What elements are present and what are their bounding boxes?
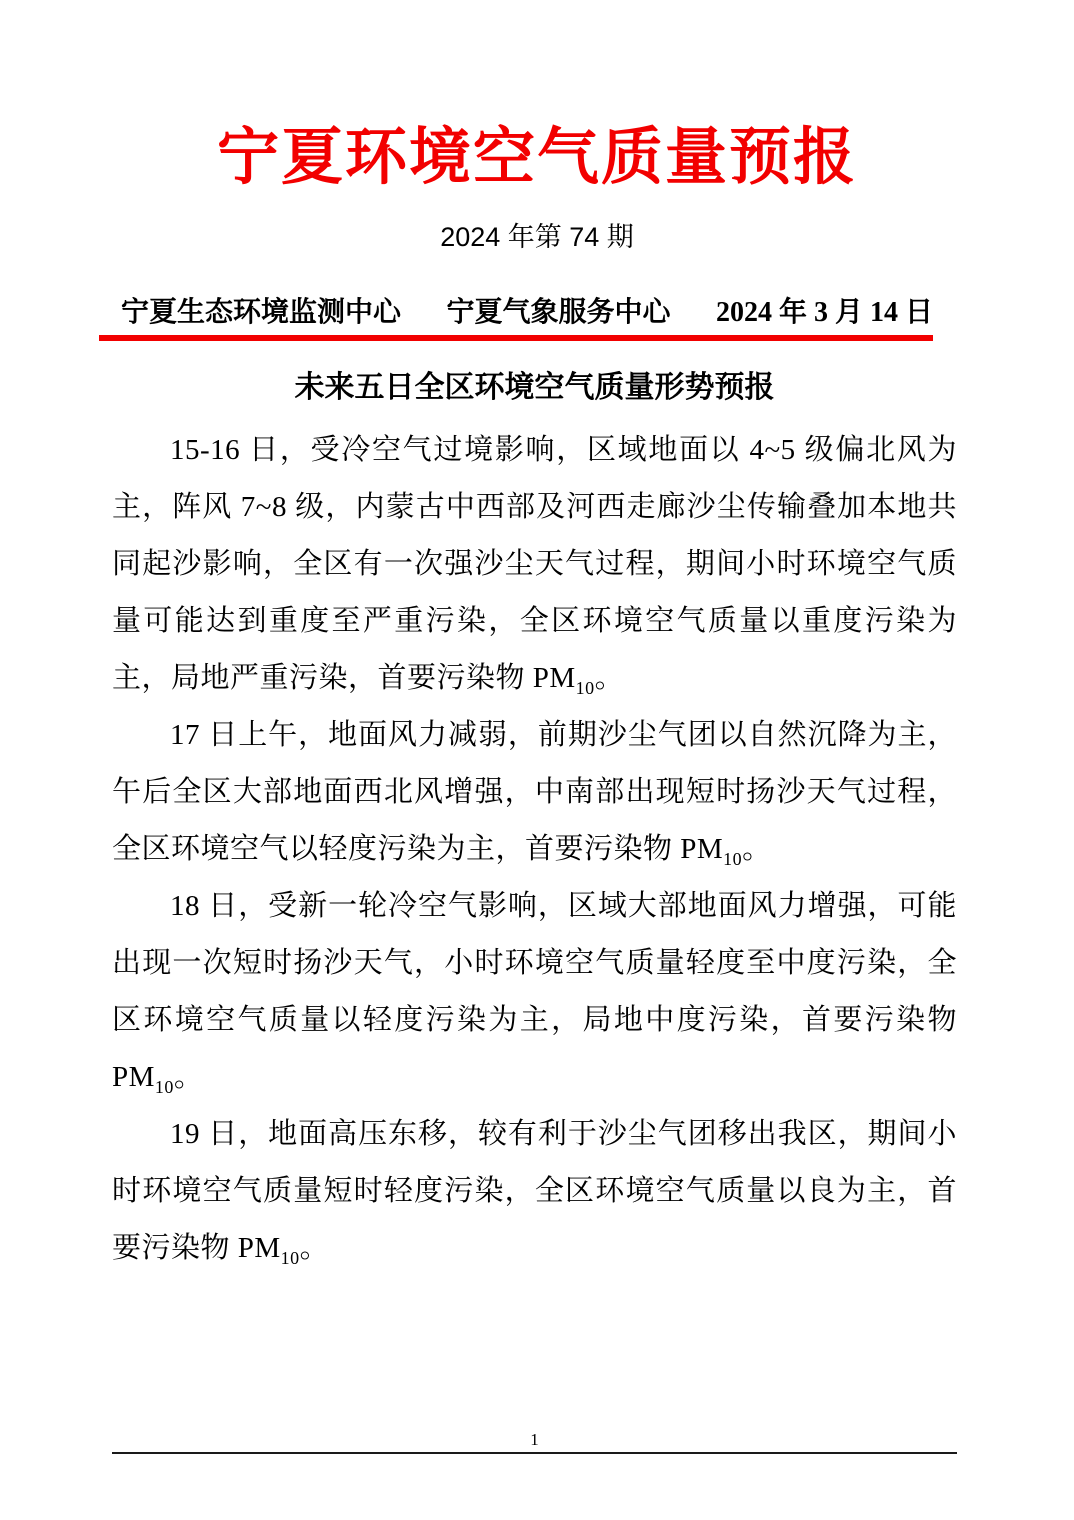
section-title: 未来五日全区环境空气质量形势预报	[112, 368, 957, 408]
document-page: 宁夏环境空气质量预报 2024 年第 74 期 宁夏生态环境监测中心 宁夏气象服…	[0, 0, 1074, 1520]
org-meteorological-center: 宁夏气象服务中心	[446, 294, 670, 332]
pm10-subscript: 10	[155, 1077, 174, 1097]
document-title: 宁夏环境空气质量预报	[0, 0, 1074, 198]
paragraph-tail: 。	[595, 662, 625, 694]
issue-number: 2024 年第 74 期	[0, 220, 1074, 254]
document-body: 未来五日全区环境空气质量形势预报 15-16 日，受冷空气过境影响，区域地面以 …	[112, 368, 957, 1277]
paragraph-text: 17 日上午，地面风力减弱，前期沙尘气团以自然沉降为主，午后全区大部地面西北风增…	[112, 719, 957, 865]
footer-rule	[112, 1452, 957, 1454]
paragraph-text: 18 日，受新一轮冷空气影响，区域大部地面风力增强，可能出现一次短时扬沙天气，小…	[112, 890, 957, 1093]
paragraph-day-19: 19 日，地面高压东移，较有利于沙尘气团移出我区，期间小时环境空气质量短时轻度污…	[112, 1106, 957, 1277]
issue-date: 2024 年 3 月 14 日	[716, 294, 933, 332]
masthead: 宁夏生态环境监测中心 宁夏气象服务中心 2024 年 3 月 14 日	[99, 294, 933, 341]
paragraph-text: 15-16 日，受冷空气过境影响，区域地面以 4~5 级偏北风为主，阵风 7~8…	[112, 434, 957, 694]
paragraph-tail: 。	[742, 833, 772, 865]
paragraph-tail: 。	[174, 1061, 204, 1093]
paragraph-tail: 。	[300, 1232, 330, 1264]
page-footer: 1	[112, 1428, 957, 1454]
paragraph-day-18: 18 日，受新一轮冷空气影响，区域大部地面风力增强，可能出现一次短时扬沙天气，小…	[112, 878, 957, 1106]
paragraph-day-17: 17 日上午，地面风力减弱，前期沙尘气团以自然沉降为主，午后全区大部地面西北风增…	[112, 707, 957, 878]
page-number: 1	[112, 1428, 957, 1452]
org-monitoring-center: 宁夏生态环境监测中心	[121, 294, 401, 332]
pm10-subscript: 10	[281, 1248, 300, 1268]
forecast-paragraphs: 15-16 日，受冷空气过境影响，区域地面以 4~5 级偏北风为主，阵风 7~8…	[112, 422, 957, 1277]
paragraph-text: 19 日，地面高压东移，较有利于沙尘气团移出我区，期间小时环境空气质量短时轻度污…	[112, 1118, 957, 1264]
masthead-row: 宁夏生态环境监测中心 宁夏气象服务中心 2024 年 3 月 14 日	[99, 294, 933, 332]
pm10-subscript: 10	[576, 678, 595, 698]
red-divider-rule	[99, 335, 933, 341]
paragraph-day-15-16: 15-16 日，受冷空气过境影响，区域地面以 4~5 级偏北风为主，阵风 7~8…	[112, 422, 957, 707]
pm10-subscript: 10	[723, 849, 742, 869]
